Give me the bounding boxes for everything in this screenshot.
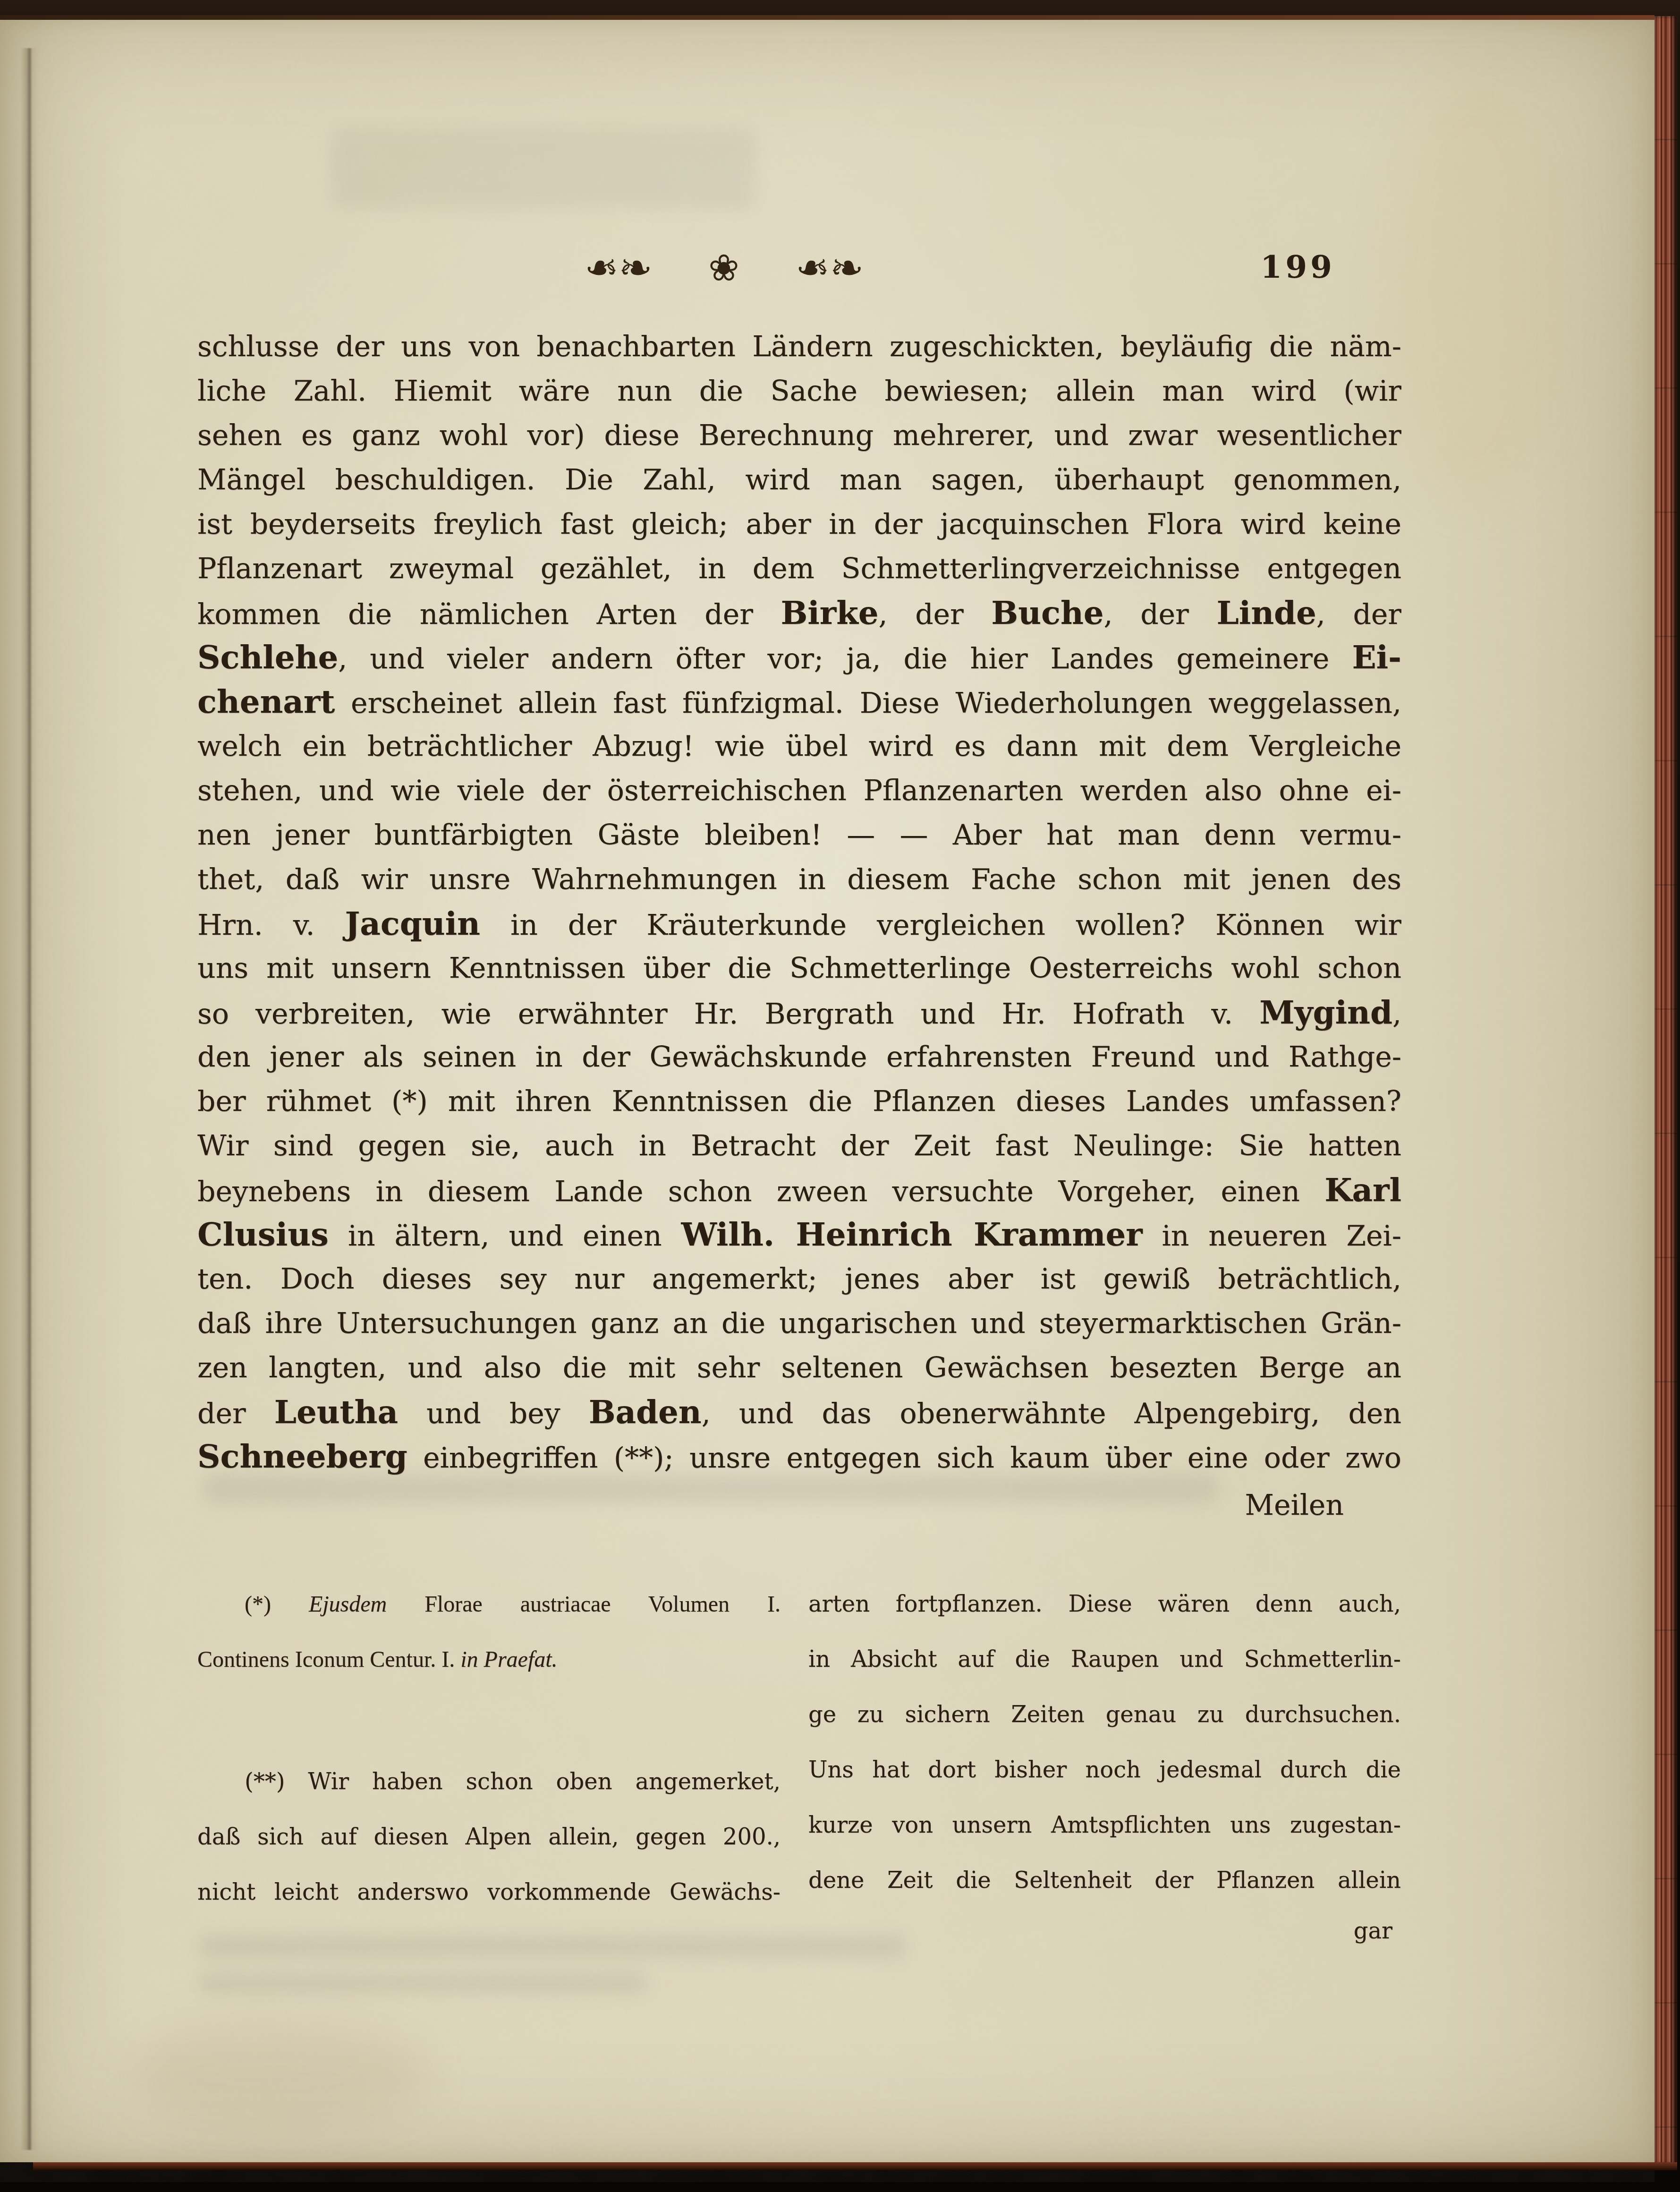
text-segment: , der [1316,598,1401,631]
text-line: in Absicht auf die Raupen und Schmetterl… [808,1632,1401,1687]
book-page: ❧ ❧ ❀ ❧ ❧ 199 schlusse der uns von benac… [0,20,1655,2162]
text-segment: ber rühmet (*) mit ihren Kenntnissen die… [197,1085,1401,1118]
fleuron-icon: ❧ [796,245,830,292]
text-segment: Florae austriacae Volumen I. [387,1592,781,1617]
emphasized-word: Linde [1216,594,1316,631]
show-through [331,128,755,209]
text-line: daß sich auf diesen Alpen allein, gegen … [197,1809,781,1865]
text-segment: ten. Doch dieses sey nur angemerkt; jene… [197,1262,1401,1296]
text-segment: thet, daß wir unsre Wahrnehmungen in die… [197,863,1401,896]
text-segment: in neueren Zei- [1143,1220,1401,1253]
fleuron-icon: ❧ [830,245,864,292]
text-line: den jener als seinen in der Gewächskunde… [197,1035,1401,1079]
text-segment: den jener als seinen in der Gewächskunde… [197,1041,1401,1074]
paper-stain [1383,77,1563,502]
text-line: Schneeberg einbegriffen (**); unsre entg… [197,1434,1401,1479]
text-segment: , der [1104,598,1217,631]
footnote-column-right: arten fortpflanzen. Diese wären denn auc… [808,1577,1401,1908]
text-segment: , und vieler andern öfter vor; ja, die h… [338,642,1352,675]
text-segment: , der [878,598,991,631]
emphasized-word: Birke [781,594,878,631]
text-line: ber rühmet (*) mit ihren Kenntnissen die… [197,1079,1401,1124]
photo-of-book: { "document": { "kind": "scanned antique… [0,0,1680,2192]
emphasized-word: Mygind [1259,994,1392,1031]
text-segment: liche Zahl. Hiemit wäre nun die Sache be… [197,375,1401,408]
text-line: sehen es ganz wohl vor) diese Berechnung… [197,413,1401,458]
text-segment: uns mit unsern Kenntnissen über die Schm… [197,952,1401,985]
text-line: zen langten, und also die mit sehr selte… [197,1346,1401,1390]
book-bottom-edge [33,2162,1677,2170]
text-line: (*) Ejusdem Florae austriacae Volumen I. [197,1577,781,1632]
fleuron-icon: ❧ [585,245,619,292]
text-line: Continens Iconum Centur. I. in Praefat. [197,1632,781,1687]
text-line: arten fortpflanzen. Diese wären denn auc… [808,1577,1401,1632]
headpiece-ornaments: ❧ ❧ ❀ ❧ ❧ [585,245,864,292]
text-segment: arten fortpflanzen. Diese wären denn auc… [808,1591,1401,1617]
text-line: Clusius in ältern, und einen Wilh. Heinr… [197,1212,1401,1257]
emphasized-word: Wilh. Heinrich Krammer [681,1216,1143,1253]
text-segment: Ejusdem [309,1592,387,1617]
footnote-catchword: gar [808,1903,1401,1959]
text-line: liche Zahl. Hiemit wäre nun die Sache be… [197,369,1401,413]
text-segment: einbegriffen (**); unsre entgegen sich k… [407,1441,1401,1475]
book-fore-edge [1655,16,1677,2164]
text-segment: so verbreiten, wie erwähnter Hr. Bergrat… [197,998,1259,1031]
text-segment: Continens Iconum Centur. I. [197,1647,460,1672]
text-segment: (*) [245,1592,309,1617]
emphasized-word: Schneeberg [197,1438,407,1475]
text-segment: schlusse der uns von benachbarten Länder… [197,330,1401,363]
emphasized-word: Ei- [1352,639,1401,676]
text-line: ge zu sichern Zeiten genau zu durchsuche… [808,1687,1401,1742]
text-line: der Leutha und bey Baden, und das obener… [197,1390,1401,1434]
text-line: (**) Wir haben schon oben angemerket, [197,1754,781,1809]
text-segment: (**) Wir haben schon oben angemerket, [245,1768,781,1795]
text-line: ten. Doch dieses sey nur angemerkt; jene… [197,1257,1401,1301]
text-segment: Mängel beschuldigen. Die Zahl, wird man … [197,463,1401,496]
text-segment: , und das obenerwähnte Alpengebirg, den [702,1397,1401,1430]
text-line: Pflanzenart zweymal gezählet, in dem Sch… [197,546,1401,591]
text-line: welch ein beträchtlicher Abzug! wie übel… [197,724,1401,768]
text-line: dene Zeit die Seltenheit der Pflanzen al… [808,1853,1401,1908]
text-line: so verbreiten, wie erwähnter Hr. Bergrat… [197,990,1401,1035]
text-segment: ge zu sichern Zeiten genau zu durchsuche… [808,1701,1401,1728]
catchword: Meilen [197,1483,1401,1527]
text-segment: kommen die nämlichen Arten der [197,598,781,631]
emphasized-word: Leutha [274,1393,398,1431]
text-segment: der [197,1397,274,1430]
text-segment: kurze von unsern Amtspflichten uns zuges… [808,1812,1401,1838]
text-segment: beynebens in diesem Lande schon zween ve… [197,1175,1324,1208]
text-line: thet, daß wir unsre Wahrnehmungen in die… [197,857,1401,902]
text-line: Mängel beschuldigen. Die Zahl, wird man … [197,458,1401,502]
text-line: Schlehe, und vieler andern öfter vor; ja… [197,635,1401,680]
text-segment: Wir sind gegen sie, auch in Betracht der… [197,1129,1401,1162]
main-text-block: schlusse der uns von benachbarten Länder… [197,324,1401,1479]
text-segment: , [1392,998,1401,1031]
text-segment: erscheinet allein fast fünfzigmal. Diese… [335,687,1401,720]
text-segment: in Praefat. [460,1647,557,1672]
fleuron-icon: ❧ [619,245,653,292]
page-gutter-crease [21,48,39,2150]
emphasized-word: Schlehe [197,639,338,676]
emphasized-word: Jacquin [345,905,480,942]
show-through [198,1935,907,1958]
text-segment: und bey [398,1397,589,1430]
text-segment: Uns hat dort bisher noch jedesmal durch … [808,1757,1401,1783]
emphasized-word: Baden [589,1393,702,1431]
text-line: stehen, und wie viele der österreichisch… [197,768,1401,813]
text-line: Wir sind gegen sie, auch in Betracht der… [197,1124,1401,1168]
text-segment: ist beyderseits freylich fast gleich; ab… [197,508,1401,541]
text-segment: nicht leicht anderswo vorkommende Gewäch… [197,1879,781,1905]
text-segment: in der Kräuterkunde vergleichen wollen? … [480,909,1401,942]
text-segment: daß sich auf diesen Alpen allein, gegen … [197,1824,781,1850]
text-segment: stehen, und wie viele der österreichisch… [197,774,1401,807]
emphasized-word: Clusius [197,1216,329,1253]
text-line: beynebens in diesem Lande schon zween ve… [197,1168,1401,1212]
paper-stain [123,2022,430,2126]
text-line: daß ihre Untersuchungen ganz an die unga… [197,1301,1401,1346]
text-line: ist beyderseits freylich fast gleich; ab… [197,502,1401,546]
fleuron-pair-icon: ❧ ❧ [585,245,653,292]
text-line: kurze von unsern Amtspflichten uns zuges… [808,1798,1401,1853]
text-line: uns mit unsern Kenntnissen über die Schm… [197,946,1401,990]
text-line: nicht leicht anderswo vorkommende Gewäch… [197,1865,781,1920]
emphasized-word: Buche [991,594,1103,631]
text-segment: in ältern, und einen [329,1220,681,1253]
text-segment: zen langten, und also die mit sehr selte… [197,1351,1401,1384]
show-through [198,1973,647,1993]
fleuron-pair-icon: ❧ ❧ [796,245,864,292]
emphasized-word: chenart [197,683,335,720]
text-segment: daß ihre Untersuchungen ganz an die unga… [197,1307,1401,1340]
text-line: schlusse der uns von benachbarten Länder… [197,324,1401,369]
text-segment: nen jener buntfärbigten Gäste bleiben! —… [197,819,1401,852]
text-line: nen jener buntfärbigten Gäste bleiben! —… [197,813,1401,857]
text-segment: sehen es ganz wohl vor) diese Berechnung… [197,419,1401,452]
text-line: Uns hat dort bisher noch jedesmal durch … [808,1742,1401,1798]
page-header: ❧ ❧ ❀ ❧ ❧ 199 [197,242,1401,303]
emphasized-word: Karl [1324,1171,1401,1209]
text-segment: Pflanzenart zweymal gezählet, in dem Sch… [197,552,1401,585]
text-line: chenart erscheinet allein fast fünfzigma… [197,680,1401,724]
page-number: 199 [1260,248,1335,285]
text-segment: dene Zeit die Seltenheit der Pflanzen al… [808,1867,1401,1893]
rosette-icon: ❀ [708,245,739,292]
footnote-column-left: (*) Ejusdem Florae austriacae Volumen I.… [197,1577,781,1920]
text-segment: Hrn. v. [197,909,345,942]
text-line: kommen die nämlichen Arten der Birke, de… [197,591,1401,635]
text-segment: in Absicht auf die Raupen und Schmetterl… [808,1646,1401,1672]
text-segment: welch ein beträchtlicher Abzug! wie übel… [197,730,1401,763]
text-line: Hrn. v. Jacquin in der Kräuterkunde verg… [197,902,1401,946]
